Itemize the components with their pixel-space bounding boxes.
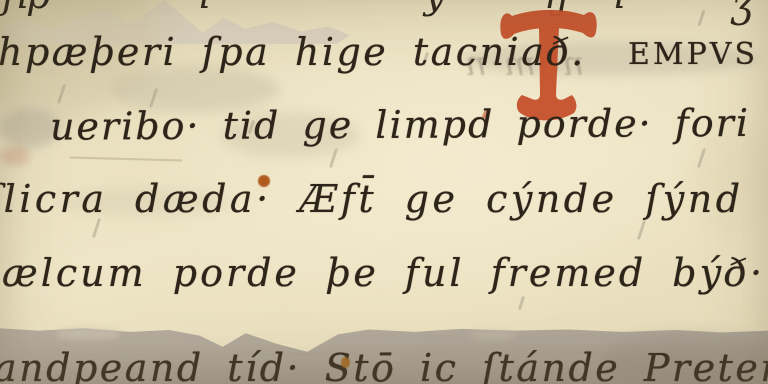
orange-dot-accent (258, 175, 270, 187)
show-through-stroke (92, 218, 101, 238)
tear-highlight (470, 330, 516, 340)
show-through-stroke (637, 220, 646, 240)
cut-letter-fragment: ı (198, 0, 210, 17)
reddish-smudge (0, 146, 30, 166)
text-line-1: hpæþeri ſpa hige tacniað. (0, 30, 586, 74)
cut-letter-fragment: þ (27, 0, 51, 17)
text-line-2: ueribo· tid ge limpd porde· fori ge· tac… (50, 99, 768, 148)
text-line-1-capitals: EMPVS ac (628, 37, 768, 72)
cut-letter-fragment: ı (613, 0, 625, 17)
cut-letter-fragment: ſı (2, 0, 28, 17)
tear-highlight (56, 328, 120, 340)
cut-letter-fragment: ʒ (731, 0, 752, 26)
text-line-3: ſlicra dæda· Æft̄ ge cýnde ſýnd þreo tid… (0, 177, 768, 221)
manuscript-photo: nom·n ſı þ ı y ŋ ı ʒ hpæþeri ſpa hige ta… (0, 0, 768, 384)
cut-letter-fragment: y (424, 0, 445, 17)
orange-dot-bottom-line (341, 357, 350, 368)
text-line-4: ælcum porde þe ful fremed býð· Preſenſ t… (2, 251, 768, 295)
faint-pen-trail (70, 157, 182, 162)
show-through-stroke (518, 296, 525, 310)
text-line-5-cut: andpeand tíd· Stō ic ſtánde Preteritu (0, 346, 768, 384)
show-through-stroke (698, 10, 706, 26)
